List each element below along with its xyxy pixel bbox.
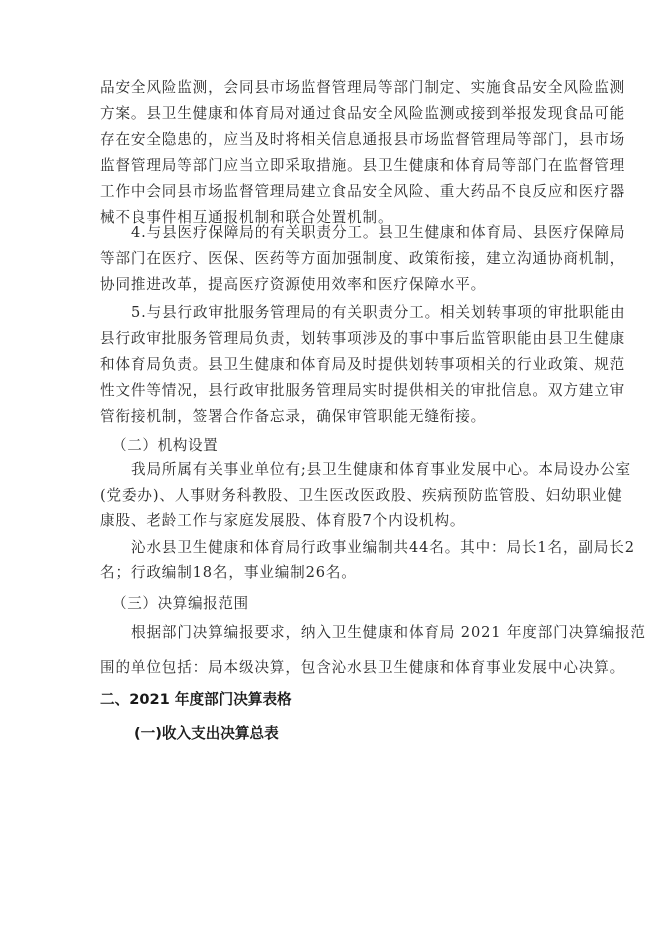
paragraph-line: 名；行政编制18名，事业编制26名。	[100, 562, 560, 584]
paragraph-line: 根据部门决算编报要求，纳入卫生健康和体育局 2021 年度部门决算编报范	[131, 622, 560, 644]
paragraph-line: 围的单位包括：局本级决算，包含沁水县卫生健康和体育事业发展中心决算。	[100, 657, 560, 679]
paragraph-line: 4.与县医疗保障局的有关职责分工。县卫生健康和体育局、县医疗保障局	[131, 222, 560, 244]
paragraph-line: 协同推进改革，提高医疗资源使用效率和医疗保障水平。	[100, 274, 560, 296]
paragraph-line: (党委办)、人事财务科教股、卫生医改医政股、疾病预防监管股、妇幼职业健	[100, 485, 560, 507]
section-heading: 二、2021 年度部门决算表格	[100, 689, 292, 711]
paragraph-line: 方案。县卫生健康和体育局对通过食品安全风险监测或接到举报发现食品可能	[100, 103, 560, 125]
paragraph-line: 性文件等情况，县行政审批服务管理局实时提供相关的审批信息。双方建立审	[100, 380, 560, 402]
paragraph-line: 等部门在医疗、医保、医药等方面加强制度、政策衔接，建立沟通协商机制，	[100, 248, 560, 270]
paragraph-line: 管衔接机制，签署合作备忘录，确保审管职能无缝衔接。	[100, 406, 560, 428]
document-page: 品安全风险监测，会同县市场监督管理局等部门制定、实施食品安全风险监测 方案。县卫…	[0, 0, 662, 936]
paragraph-line: 存在安全隐患的，应当及时将相关信息通报县市场监督管理局等部门，县市场	[100, 129, 560, 151]
paragraph-line: 我局所属有关事业单位有;县卫生健康和体育事业发展中心。本局设办公室	[131, 459, 560, 481]
paragraph-line: 沁水县卫生健康和体育局行政事业编制共44名。其中：局长1名，副局长2	[131, 537, 560, 559]
paragraph-line: 监督管理局等部门应当立即采取措施。县卫生健康和体育局等部门在监督管理	[100, 155, 560, 177]
paragraph-line: 品安全风险监测，会同县市场监督管理局等部门制定、实施食品安全风险监测	[100, 77, 560, 99]
paragraph-line: 和体育局负责。县卫生健康和体育局及时提供划转事项相关的行业政策、规范	[100, 354, 560, 376]
paragraph-line: 康股、老龄工作与家庭发展股、体育股7个内设机构。	[100, 510, 560, 532]
subsection-heading: (一)收入支出决算总表	[134, 723, 279, 745]
paragraph-line: 县行政审批服务管理局负责，划转事项涉及的事中事后监管职能由县卫生健康	[100, 328, 560, 350]
subsection-title-institution-setup: （二）机构设置	[112, 435, 572, 457]
subsection-title-scope: （三）决算编报范围	[112, 593, 572, 615]
paragraph-line: 5.与县行政审批服务管理局的有关职责分工。相关划转事项的审批职能由	[131, 302, 560, 324]
paragraph-line: 工作中会同县市场监督管理局建立食品安全风险、重大药品不良反应和医疗器	[100, 181, 560, 203]
